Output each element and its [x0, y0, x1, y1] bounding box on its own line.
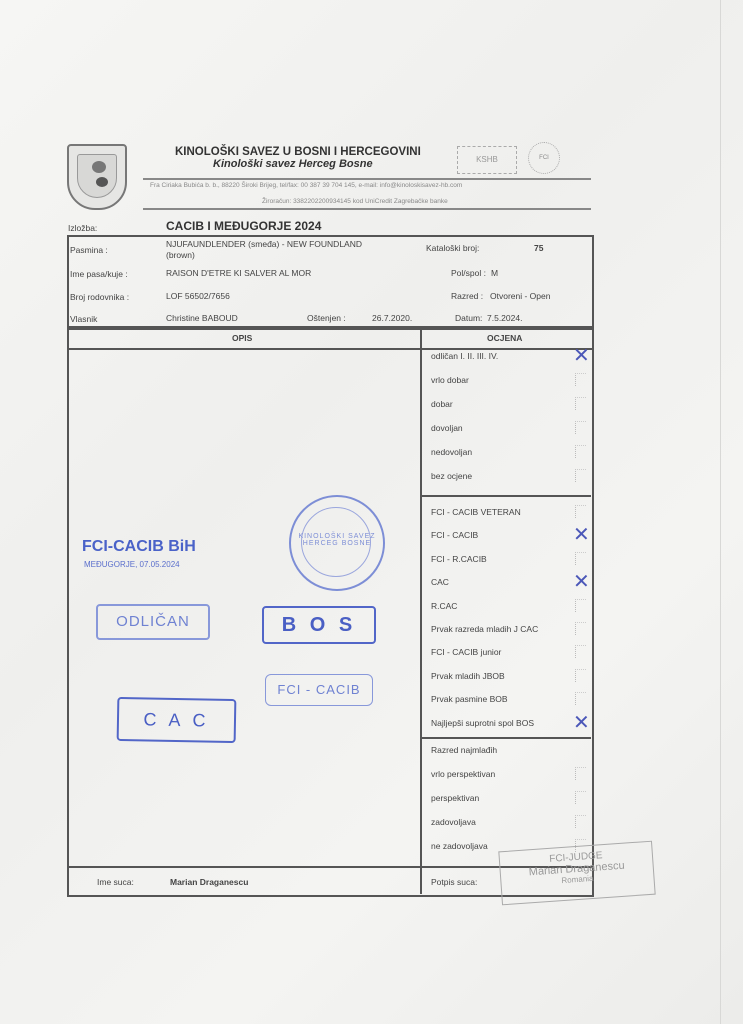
birth-date-label: Oštenjen : [307, 313, 346, 323]
titles-divider [421, 737, 591, 739]
round-stamp-text: KINOLOŠKI SAVEZ HERCEG BOSNE [291, 533, 383, 547]
grades-divider [421, 495, 591, 497]
checklist-item: bez ocjene [431, 471, 472, 481]
show-label: Izložba: [68, 223, 97, 233]
pedigree-value: LOF 56502/7656 [166, 291, 230, 301]
check-x-icon[interactable]: ✕ [573, 571, 590, 591]
grade-stamp-odlican: ODLIČAN [96, 604, 210, 640]
checkbox[interactable] [575, 815, 586, 828]
sex-label: Pol/spol : [451, 268, 486, 278]
dog-name-label: Ime pasa/kuje : [70, 269, 128, 279]
judge-name-label: Ime suca: [97, 877, 134, 887]
checkbox[interactable] [575, 622, 586, 635]
checklist-item: FCI - CACIB [431, 530, 478, 540]
org-name: KINOLOŠKI SAVEZ U BOSNI I HERCEGOVINI [175, 146, 421, 158]
document-page: KINOLOŠKI SAVEZ U BOSNI I HERCEGOVINI Ki… [0, 0, 743, 1024]
checklist-item: perspektivan [431, 793, 479, 803]
judge-name-value: Marian Draganescu [170, 877, 248, 887]
show-title: CACIB I MEĐUGORJE 2024 [166, 219, 321, 233]
checklist-item: zadovoljava [431, 817, 476, 827]
header-divider [143, 178, 591, 180]
catalog-number-label: Kataloški broj: [426, 243, 479, 253]
birth-date-value: 26.7.2020. [372, 313, 412, 323]
checklist-item: dobar [431, 399, 453, 409]
checkbox[interactable] [575, 552, 586, 565]
column-divider [420, 327, 422, 894]
org-subname: Kinološki savez Herceg Bosne [213, 158, 373, 170]
breed-label: Pasmina : [70, 245, 108, 255]
check-x-icon[interactable]: ✕ [573, 345, 590, 365]
check-x-icon[interactable]: ✕ [573, 712, 590, 732]
checkbox[interactable] [575, 645, 586, 658]
bank-line: Žiroračun: 3382202200934145 kod UniCredi… [262, 198, 448, 205]
checklist-item: Najljepši suprotni spol BOS [431, 718, 534, 728]
checkbox[interactable] [575, 505, 586, 518]
checklist-item: vrlo perspektivan [431, 769, 495, 779]
checklist-item: CAC [431, 577, 449, 587]
owner-value: Christine BABOUD [166, 313, 238, 323]
checkbox[interactable] [575, 397, 586, 410]
checklist-item: odličan I. II. III. IV. [431, 351, 498, 361]
class-label: Razred : [451, 291, 483, 301]
checklist-item: FCI - CACIB VETERAN [431, 507, 521, 517]
checklist-item: nedovoljan [431, 447, 472, 457]
association-round-stamp: KINOLOŠKI SAVEZ HERCEG BOSNE [289, 495, 385, 591]
paper-edge [720, 0, 721, 1024]
show-stamp-date: MEĐUGORJE, 07.05.2024 [84, 560, 180, 569]
breed-value: NJUFAUNDLENDER (smeđa) - NEW FOUNDLAND [166, 239, 362, 249]
check-x-icon[interactable]: ✕ [573, 524, 590, 544]
association-logo-icon [67, 144, 127, 210]
checklist-item: FCI - CACIB junior [431, 647, 501, 657]
checklist-item: Prvak mladih JBOB [431, 671, 505, 681]
title-stamp-fci-cacib: FCI - CACIB [265, 674, 373, 706]
judge-stamp: FCI-JUDGE Marian Draganescu Romania [498, 841, 655, 906]
class-value: Otvoreni - Open [490, 291, 550, 301]
checkbox[interactable] [575, 791, 586, 804]
sex-value: M [491, 268, 498, 278]
checklist-item: Prvak razreda mladih J CAC [431, 624, 538, 634]
title-stamp-bos: B O S [262, 606, 376, 644]
checkbox[interactable] [575, 669, 586, 682]
checklist-item: dovoljan [431, 423, 463, 433]
checkbox[interactable] [575, 767, 586, 780]
checklist-item: ne zadovoljava [431, 841, 488, 851]
show-stamp-title: FCI-CACIB BiH [82, 538, 196, 556]
ocjena-header: OCJENA [487, 333, 522, 343]
checkbox[interactable] [575, 373, 586, 386]
checkbox[interactable] [575, 692, 586, 705]
pedigree-label: Broj rodovnika : [70, 292, 129, 302]
owner-label: Vlasnik [70, 314, 97, 324]
fci-logo-icon: FCI [528, 142, 560, 174]
checklist-item: R.CAC [431, 601, 457, 611]
title-stamp-cac: C A C [117, 697, 237, 743]
checklist-item: Prvak pasmine BOB [431, 694, 508, 704]
date-value: 7.5.2024. [487, 313, 522, 323]
judge-signature-label: Potpis suca: [431, 877, 477, 887]
checklist-item: FCI - R.CACIB [431, 554, 487, 564]
table-header-divider [68, 348, 592, 350]
checkbox[interactable] [575, 599, 586, 612]
header-divider [143, 208, 591, 210]
checkbox[interactable] [575, 421, 586, 434]
checklist-item: Razred najmlađih [431, 745, 497, 755]
checklist-item: vrlo dobar [431, 375, 469, 385]
opis-header: OPIS [232, 333, 252, 343]
checkbox[interactable] [575, 469, 586, 482]
date-label: Datum: [455, 313, 482, 323]
address-line: Fra Ciriaka Bubića b. b., 88220 Široki B… [150, 182, 462, 189]
catalog-number-value: 75 [534, 243, 543, 253]
checkbox[interactable] [575, 445, 586, 458]
dog-name-value: RAISON D'ETRE KI SALVER AL MOR [166, 268, 311, 278]
kshb-logo-icon: KSHB [457, 146, 517, 174]
breed-value-line2: (brown) [166, 250, 195, 260]
